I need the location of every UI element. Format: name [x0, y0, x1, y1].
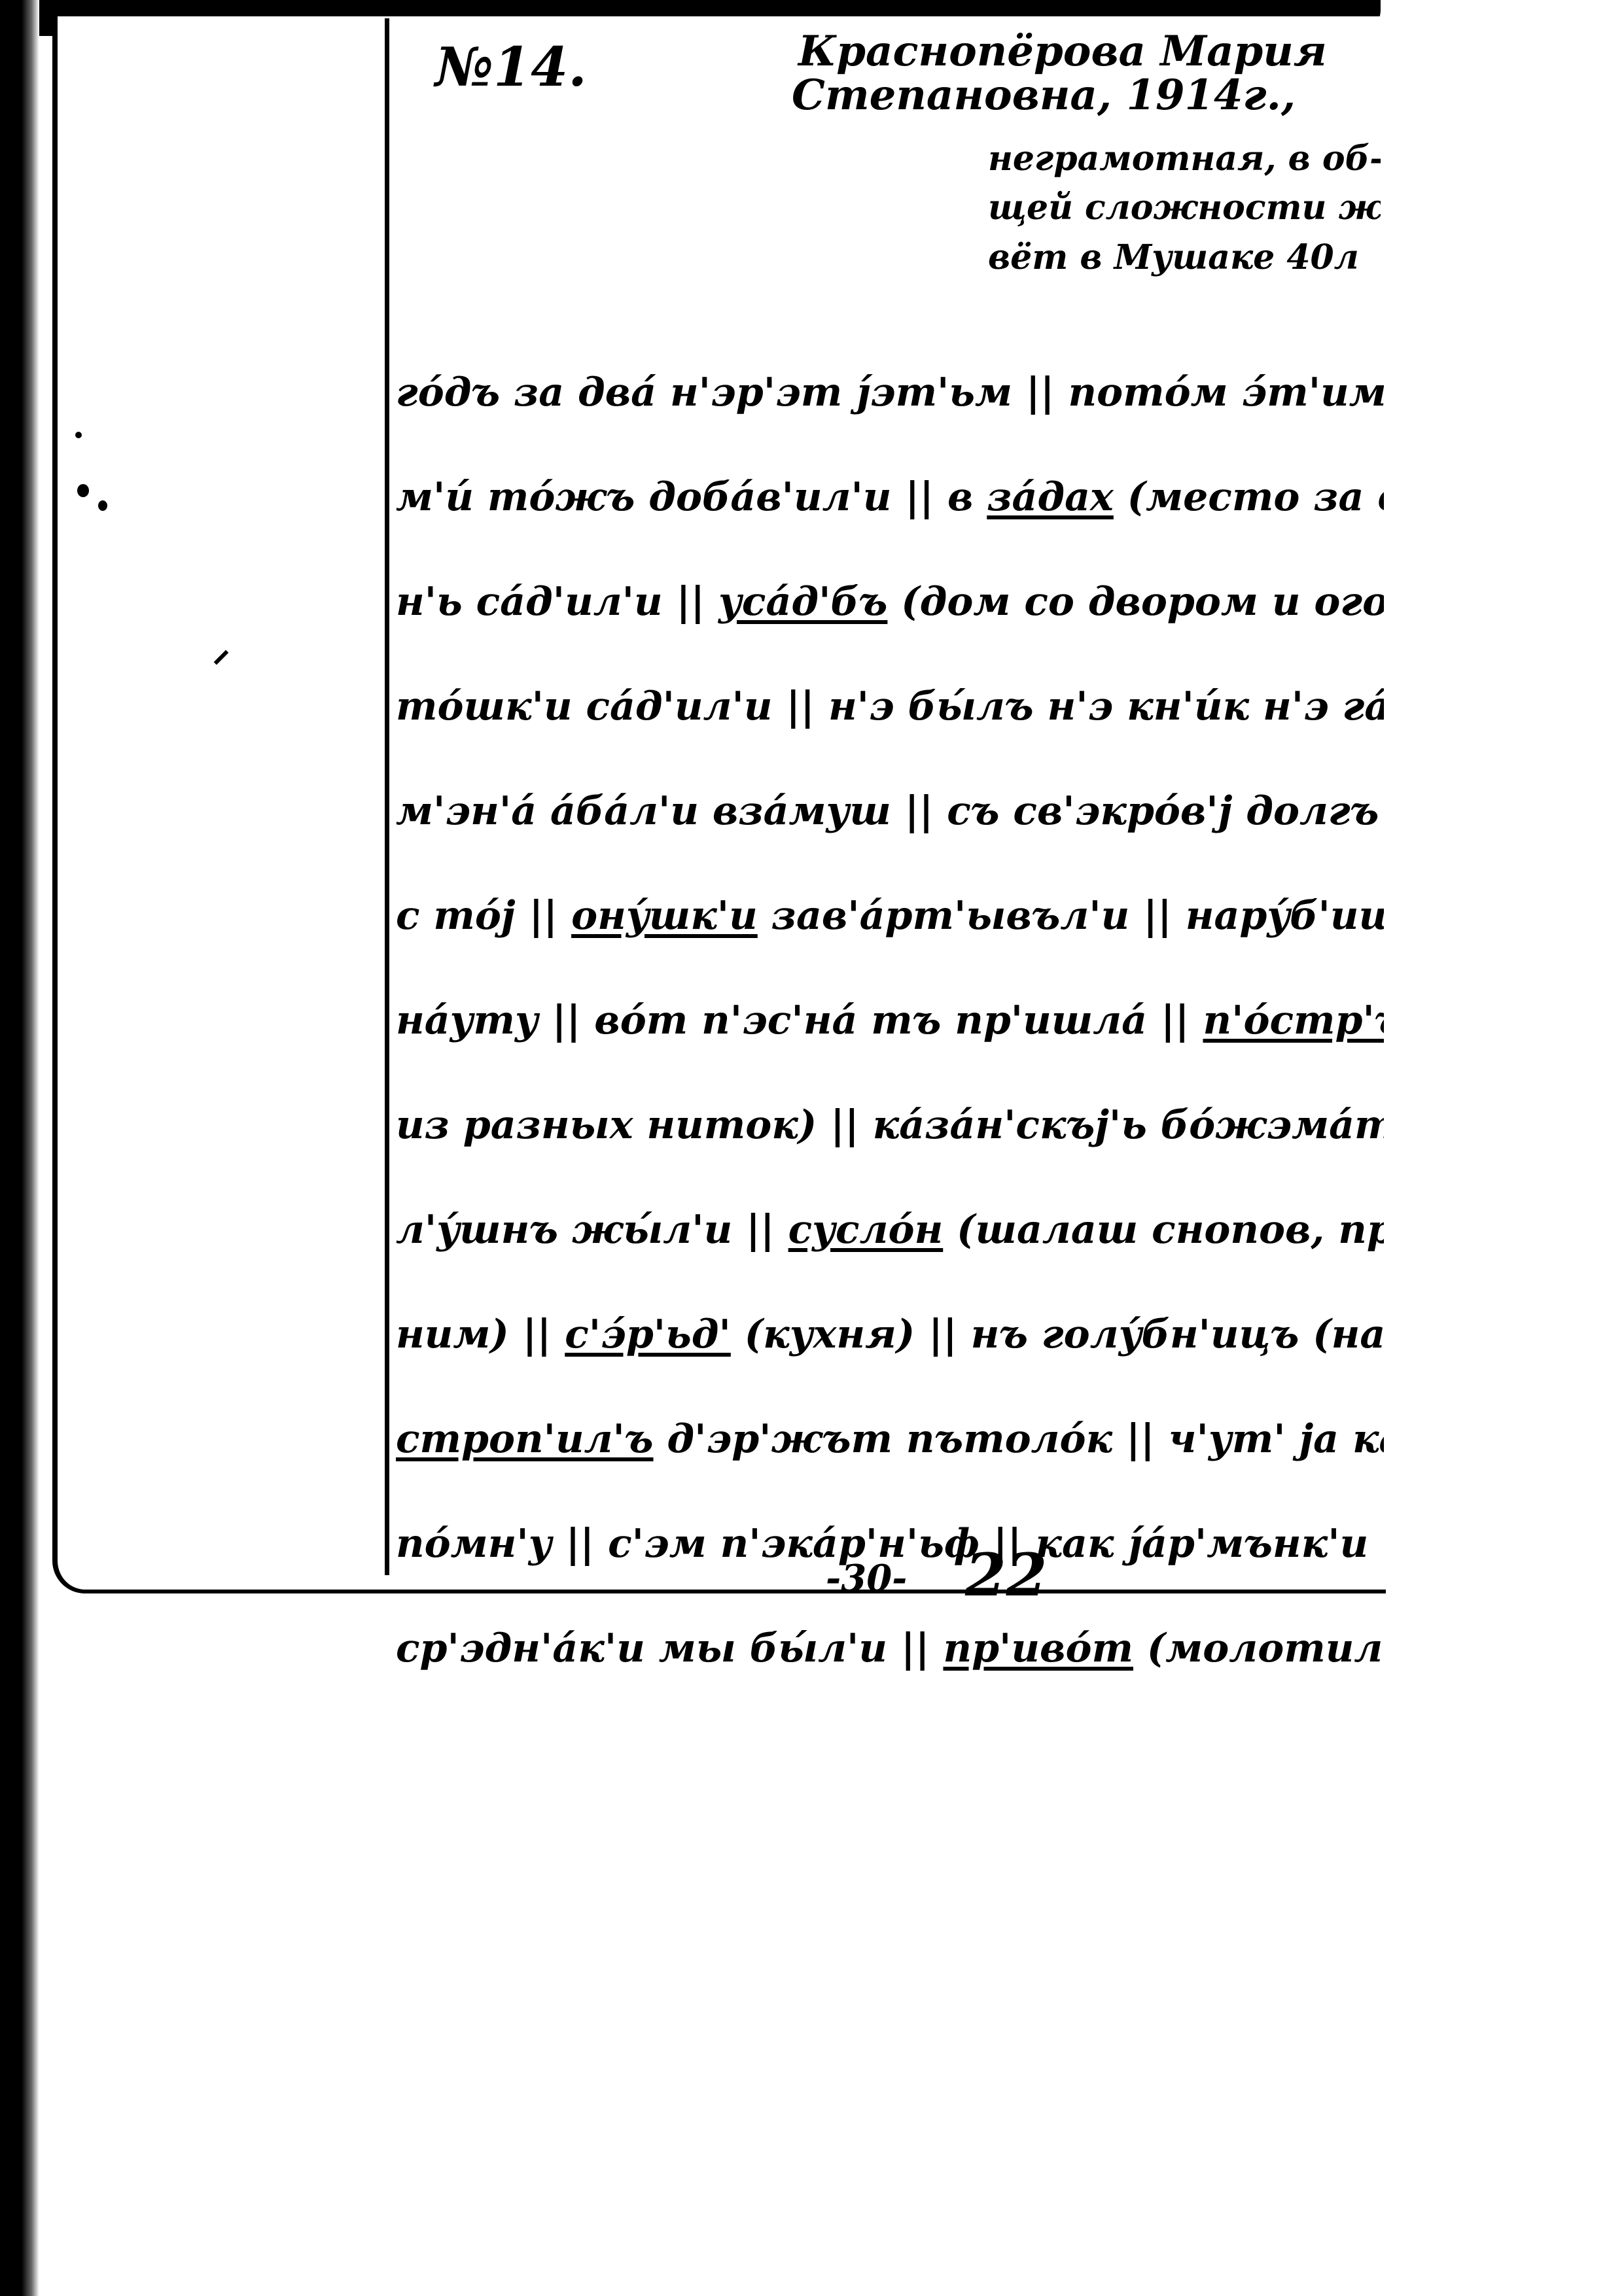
line-text: (место за двором — [1114, 474, 1384, 520]
transcription-line: гóдъ за два́ н'эр'эт ј́эт'ьм || потóм э́… — [396, 340, 1384, 445]
line-text: (дом со двором и огородом) || ка — [887, 579, 1384, 625]
speck — [98, 500, 107, 511]
informant-name-line-2: Степановна, 1914г., — [792, 73, 1327, 117]
speck — [77, 484, 89, 497]
underlined-term: строп'ил'ъ — [396, 1416, 654, 1462]
transcription-line: тóшк'и сáд'ил'и || н'э бы́лъ н'э кн'и́к … — [396, 654, 1384, 759]
speck — [75, 432, 82, 438]
transcription-line: м'эн'á áбáл'и взáмуш || съ св'экрóв'ј до… — [396, 759, 1384, 863]
transcription-line: н'ь сáд'ил'и || усáд'бъ (дом со двором и… — [396, 549, 1384, 654]
line-text: д'эр'жът пътолóк || ч'ут' ја как — [654, 1416, 1384, 1462]
informant-name-line-1: Краснопёрова Мария — [798, 29, 1327, 73]
line-text: ним) || — [396, 1312, 565, 1357]
informant-note-line: щей сложности жи- — [988, 183, 1381, 232]
margin-rule — [385, 18, 389, 1575]
line-text: из разных ниток) || кáзáн'скъј'ь бóжэмáт… — [396, 1102, 1384, 1148]
line-text: нáуту || вóт п'эс'нá тъ пр'ишлá || — [396, 998, 1203, 1043]
transcription-line: м'и́ тóжъ добáв'ил'и || в зáдах (место з… — [396, 445, 1384, 549]
line-text: с тóј || — [396, 893, 571, 939]
page-number: -30- — [826, 1557, 907, 1600]
informant-note-line: вёт в Мушаке 40л — [988, 233, 1381, 282]
line-text: м'эн'á áбáл'и взáмуш || съ св'экрóв'ј до… — [396, 788, 1384, 834]
underlined-term: зáдах — [987, 474, 1114, 520]
transcription-line: с тóј || онýшк'и зав'áрт'ывъл'и || нарýб… — [396, 863, 1384, 968]
line-text: (кухня) || нъ голýбн'ицъ (на чердаке) | — [731, 1312, 1384, 1357]
transcription-line: ним) || с'э́р'ьд' (кухня) || нъ голýбн'и… — [396, 1282, 1384, 1387]
line-text: (шалаш снопов, прикрытых сверху — [943, 1207, 1384, 1253]
informant-name: Краснопёрова Мария Степановна, 1914г., — [798, 29, 1327, 117]
underlined-term: суслóн — [788, 1207, 944, 1253]
underlined-term: онýшк'и — [571, 893, 758, 939]
line-text: тóшк'и сáд'ил'и || н'э бы́лъ н'э кн'и́к … — [396, 684, 1384, 729]
transcription-body: гóдъ за два́ н'эр'эт ј́эт'ьм || потóм э́… — [396, 340, 1384, 1701]
line-text: гóдъ за два́ н'эр'эт ј́эт'ьм || потóм э́… — [396, 370, 1384, 415]
transcription-line: ср'эдн'áк'и мы бы́л'и || пр'ивóт (молоти… — [396, 1596, 1384, 1701]
underlined-term: с'э́р'ьд' — [565, 1312, 731, 1357]
underlined-term: п'óстр'ъј'ь — [1203, 998, 1385, 1043]
line-text: (молотилка) || — [1133, 1626, 1384, 1671]
transcription-line: строп'ил'ъ д'эр'жът пътолóк || ч'ут' ја … — [396, 1387, 1384, 1491]
line-text: н'ь сáд'ил'и || — [396, 579, 718, 625]
informant-note-line: неграмотная, в об- — [988, 134, 1381, 183]
underlined-term: пр'ивóт — [943, 1626, 1133, 1671]
record-number: №14. — [435, 36, 587, 99]
transcription-line: из разных ниток) || кáзáн'скъј'ь бóжэмáт… — [396, 1073, 1384, 1177]
line-text: м'и́ тóжъ добáв'ил'и || в — [396, 474, 987, 520]
line-text: зав'áрт'ывъл'и || нарýб'иш лы́к'и дък — [758, 893, 1384, 939]
transcription-line: нáуту || вóт п'эс'нá тъ пр'ишлá || п'óст… — [396, 968, 1384, 1073]
underlined-term: усáд'бъ — [718, 579, 887, 625]
transcription-line: л'ýшнъ жы́л'и || суслóн (шалаш снопов, п… — [396, 1177, 1384, 1282]
archive-folio-number: 22 — [965, 1540, 1047, 1610]
line-text: ср'эдн'áк'и мы бы́л'и || — [396, 1626, 943, 1671]
informant-notes: неграмотная, в об- щей сложности жи- вёт… — [988, 134, 1381, 282]
line-text: л'ýшнъ жы́л'и || — [396, 1207, 788, 1253]
scanner-left-shadow — [0, 0, 39, 2296]
